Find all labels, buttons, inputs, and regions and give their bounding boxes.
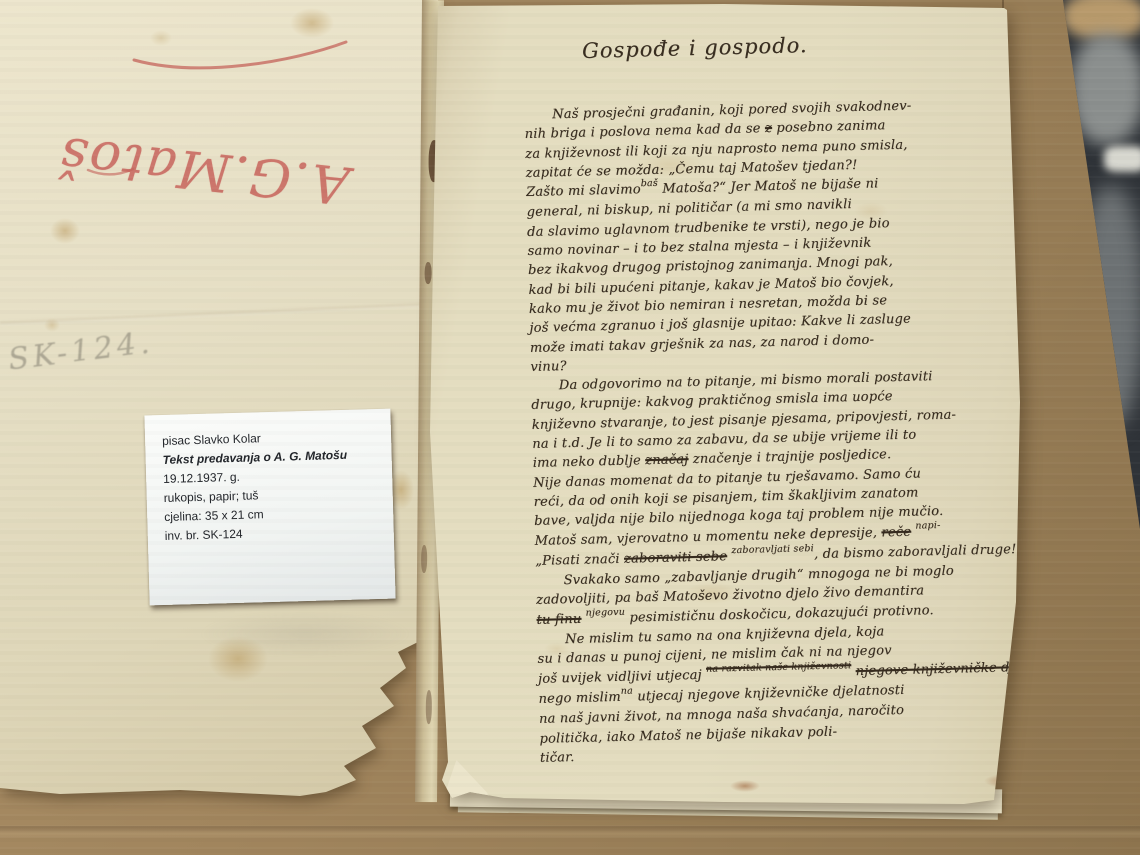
background-blur-shape (1078, 186, 1140, 426)
manuscript-lines: Naš prosječni građanin, koji pored svoji… (524, 95, 1010, 768)
paper-stain (984, 774, 1028, 788)
folded-corner (442, 760, 490, 802)
left-page-wrapper: A.G.Matoš SK-124. pisac Slavko Kolar Tek… (0, 0, 438, 800)
background-blur-shape (1104, 146, 1140, 172)
right-page-wrapper: Gospođe i gospodo. Naš prosječni građani… (424, 2, 1028, 814)
paper-stain (730, 780, 760, 792)
photo-archival-manuscript: A.G.Matoš SK-124. pisac Slavko Kolar Tek… (0, 0, 1140, 855)
left-page: A.G.Matoš SK-124. pisac Slavko Kolar Tek… (0, 0, 438, 800)
pencil-smudge (200, 612, 410, 656)
background-blur-shape (1070, 34, 1140, 144)
museum-label: pisac Slavko Kolar Tekst predavanja o A.… (144, 409, 395, 606)
red-pencil-inscription: A.G.Matoš (93, 79, 357, 254)
manuscript-page: Gospođe i gospodo. Naš prosječni građani… (424, 2, 1028, 814)
manuscript-heading: Gospođe i gospodo. (582, 33, 808, 63)
cardboard-crease (0, 826, 1140, 838)
